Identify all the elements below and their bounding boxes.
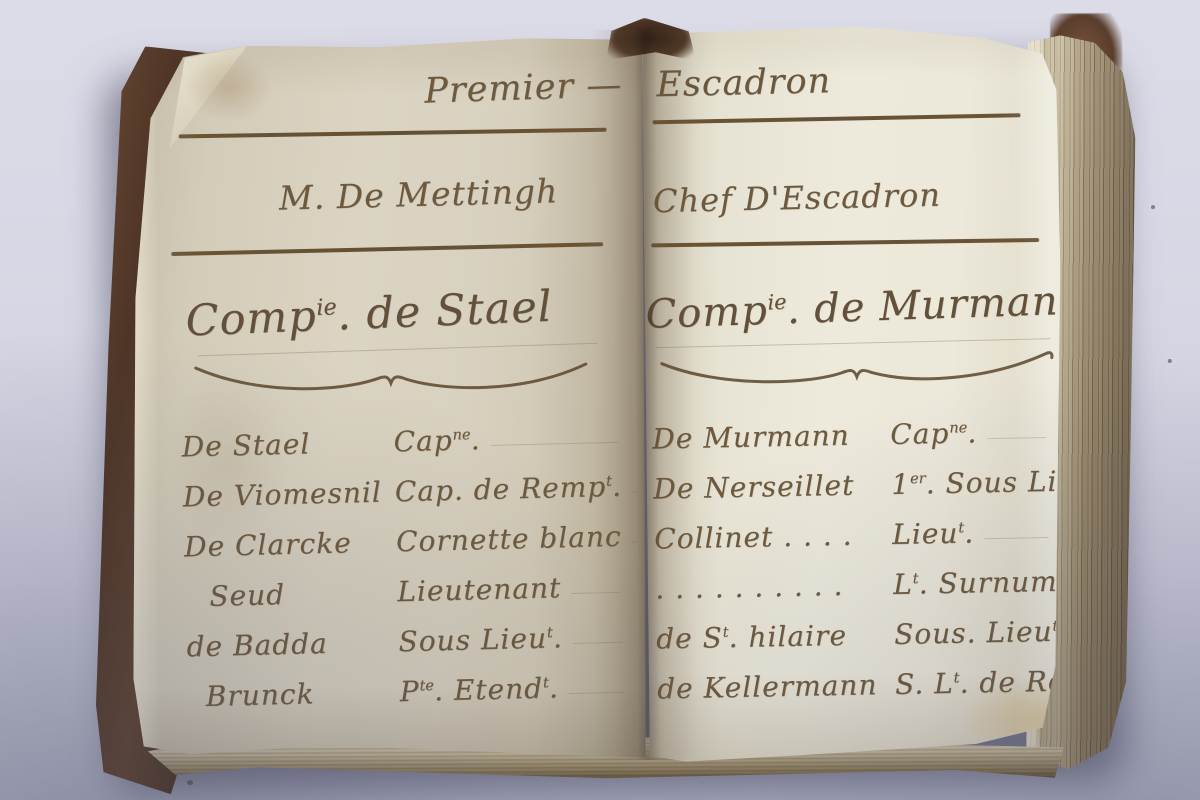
officer-name: De Clarcke [184,525,397,563]
roster-row: de St. hilaire Sous. Lieut. [656,615,1061,673]
officer-rank: Lieut. [892,516,975,551]
spread-title-right: Escadron [656,61,832,105]
title-underline-right [653,113,1021,124]
company-heading-left: Compie. de Stael [185,282,554,347]
officer-name: De Stael [181,425,394,463]
officer-rank: Cap. de Rempt. [394,470,622,509]
dust-speck [1168,359,1172,363]
heading-guide-line [198,343,598,357]
roster-row: . . . . . . . . . . Lt. Surnumre. [655,565,1060,623]
roster-row: de Kellermann S. Lt. de Rempt. [657,665,1062,723]
officer-rank: Lieutenant [397,571,562,608]
officer-name: De Nerseillet [653,468,892,506]
officer-rank: Capne. [393,423,481,458]
officer-name: Collinet . . . . [654,518,893,556]
roster-row: De Nerseillet 1er. Sous Lieut [653,465,1058,523]
officer-name: Seud [209,575,398,613]
officer-rank: Cornette blanc [396,520,622,559]
roster-row: De Murmann Capne. [652,415,1057,473]
commander-rank: Chef D'Escadron [653,176,942,221]
guide-line [984,537,1048,539]
officer-name: de St. hilaire [656,618,895,656]
guide-line [569,692,624,694]
officer-rank: Sous Lieut. [398,621,563,658]
flourish-right [656,350,1058,396]
officer-name: de Badda [186,625,399,663]
commander-name: M. De Mettingh [278,171,558,217]
guide-line [491,442,618,446]
guide-line [632,541,638,542]
subtitle-underline-right [651,238,1039,247]
guide-line [987,437,1046,439]
roster-right: De Murmann Capne. De Nerseillet 1er. Sou… [652,415,1062,723]
officer-name: . . . . . . . . . . [655,568,894,606]
open-manuscript-book: Premier — M. De Mettingh Compie. de Stae… [0,0,1200,800]
officer-rank: Sous. Lieut. [894,615,1069,651]
right-page: Escadron Chef D'Escadron Compie. de Murm… [642,26,1066,762]
roster-row: Collinet . . . . Lieut. [654,515,1059,573]
guide-line [1138,685,1144,686]
officer-name: de Kellermann [657,668,896,706]
guide-line [573,642,623,644]
officer-name: Brunck [205,675,400,713]
dust-speck [1151,205,1155,209]
spread-title-left: Premier — [424,65,623,112]
left-page: Premier — M. De Mettingh Compie. de Stae… [126,36,646,761]
officer-rank: Capne. [890,416,978,451]
heading-guide-line [656,338,1051,348]
dust-speck [187,780,193,785]
flourish-left [190,358,592,404]
officer-rank: Pte. Etendt. [399,671,559,708]
foxing-stain [184,52,274,124]
roster-left: De Stael Capne. De Viomesnil Cap. de Rem… [181,420,634,731]
company-heading-right: Compie. de Murmann [645,277,1086,338]
photo-background: Premier — M. De Mettingh Compie. de Stae… [0,0,1200,800]
guide-line [632,491,638,492]
guide-line [571,592,621,594]
officer-name: De Murmann [652,418,891,456]
officer-rank: Lt. Surnumre. [893,564,1084,601]
title-underline-left [179,128,607,139]
roster-row: Brunck Pte. Etendt. [187,670,634,731]
officer-name: De Viomesnil [183,475,396,513]
subtitle-underline-left [171,242,603,256]
